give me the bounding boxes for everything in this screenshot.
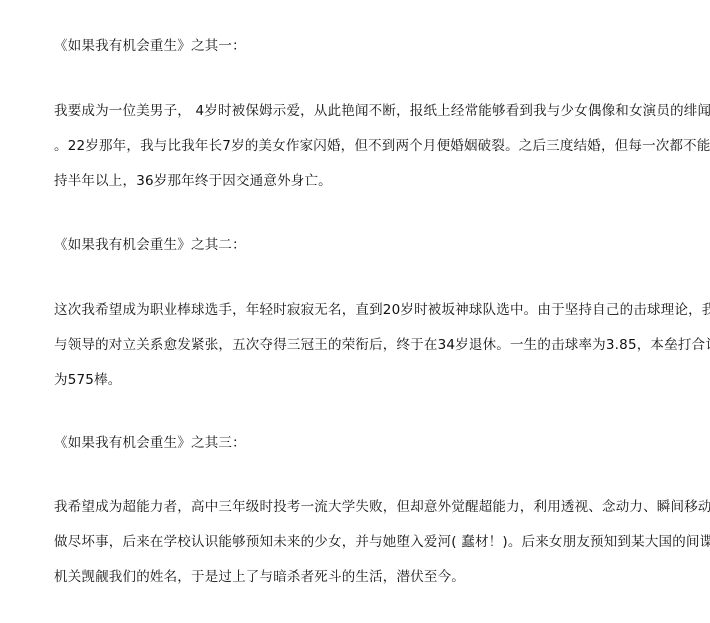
- section-heading: 《如果我有机会重生》之其一：: [54, 37, 246, 55]
- section-heading: 《如果我有机会重生》之其二：: [54, 236, 246, 254]
- paragraph-line: 机关觊觎我们的姓名，于是过上了与暗杀者死斗的生活，潜伏至今。: [54, 568, 465, 586]
- section-heading: 《如果我有机会重生》之其三：: [54, 434, 246, 452]
- paragraph-line: 为575棒。: [54, 371, 121, 389]
- paragraph-line: 。22岁那年，我与比我年长7岁的美女作家闪婚，但不到两个月便婚姻破裂。之后三度结…: [54, 137, 710, 155]
- paragraph-line: 这次我希望成为职业棒球选手，年轻时寂寂无名，直到20岁时被坂神球队选中。由于坚持…: [54, 301, 710, 319]
- paragraph-line: 做尽坏事，后来在学校认识能够预知未来的少女，并与她堕入爱河( 蠢材！)。后来女朋…: [54, 533, 710, 551]
- paragraph-line: 与领导的对立关系愈发紧张，五次夺得三冠王的荣衔后，终于在34岁退休。一生的击球率…: [54, 336, 710, 354]
- paragraph-line: 我要成为一位美男子， 4岁时被保姆示爱，从此艳闻不断，报纸上经常能够看到我与少女…: [54, 102, 710, 120]
- paragraph-line: 持半年以上，36岁那年终于因交通意外身亡。: [54, 172, 332, 190]
- paragraph-line: 我希望成为超能力者，高中三年级时投考一流大学失败，但却意外觉醒超能力，利用透视、…: [54, 498, 710, 516]
- document-page: 《如果我有机会重生》之其一： 我要成为一位美男子， 4岁时被保姆示爱，从此艳闻不…: [0, 0, 710, 623]
